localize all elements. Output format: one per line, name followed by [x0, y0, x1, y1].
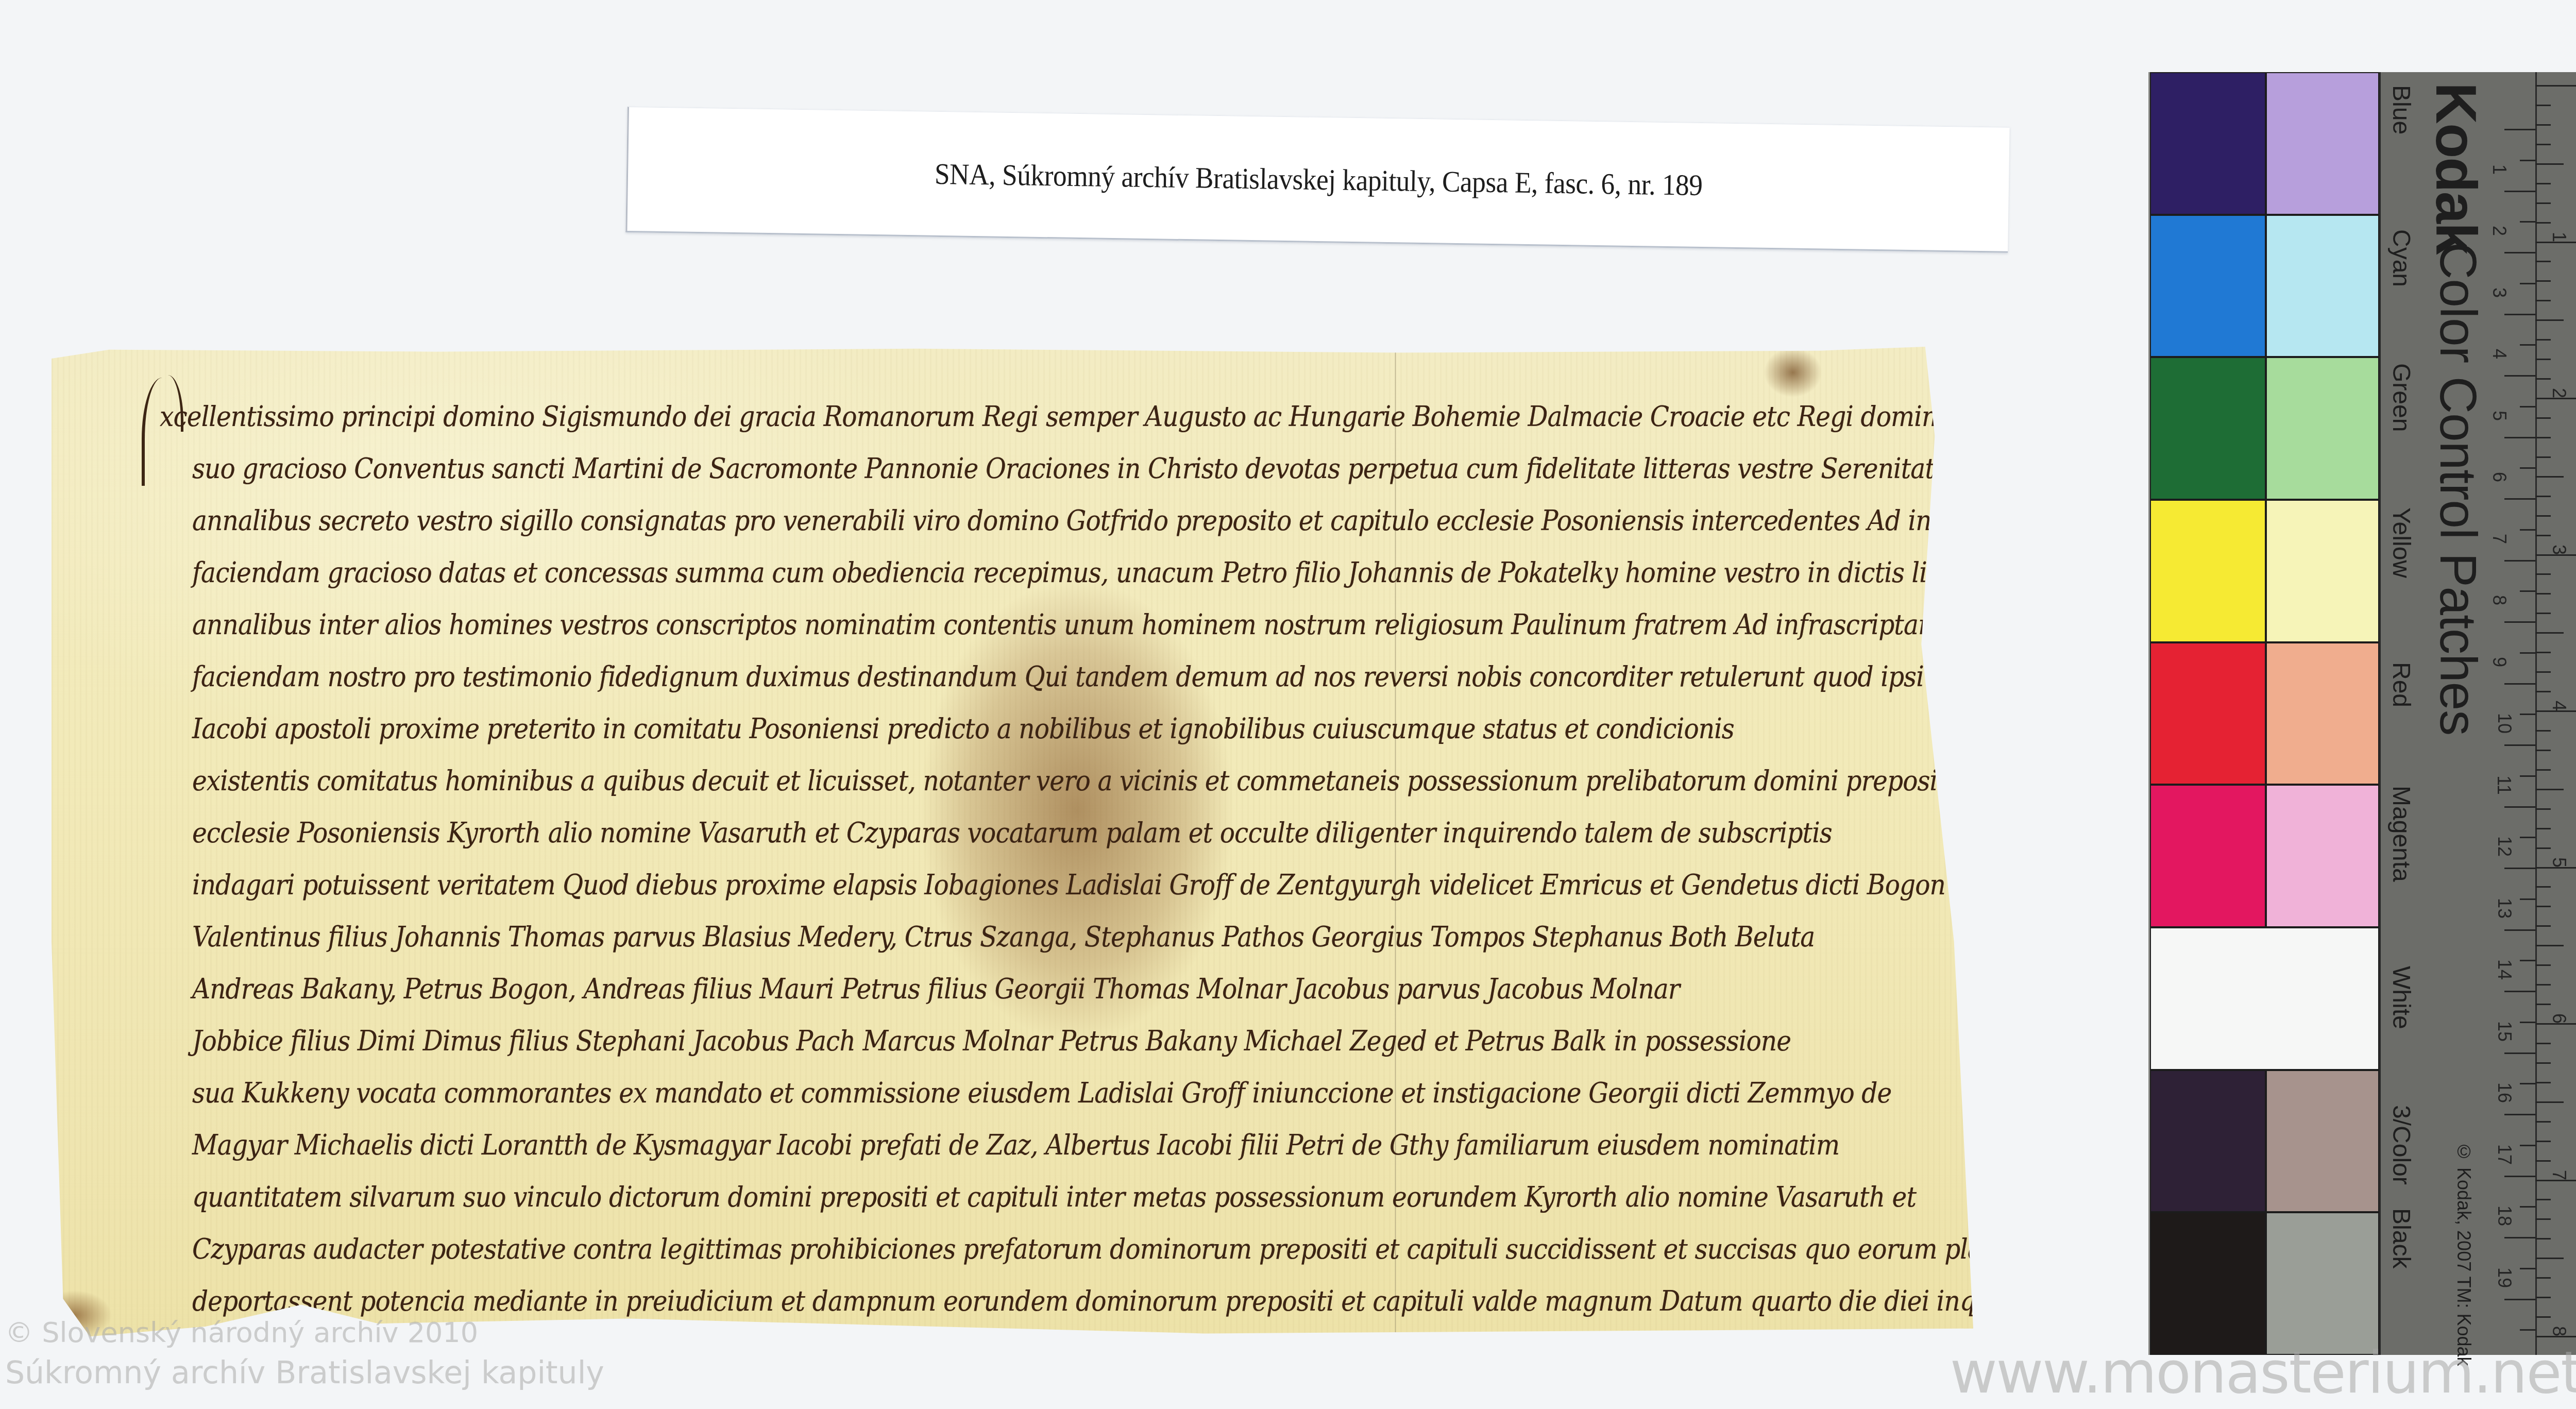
- patch-magenta-dark: [2150, 785, 2266, 927]
- ruler-tick: [2520, 160, 2535, 161]
- ruler-tick: [2535, 632, 2564, 634]
- ruler-inch-label: 7: [2548, 1169, 2570, 1180]
- ruler-tick: [2504, 621, 2535, 623]
- patch-black-light: [2266, 1212, 2379, 1355]
- patch-label-black: Black: [2387, 1208, 2415, 1268]
- ruler-panel: Kodak Color Control Patches Blue Cyan Gr…: [2379, 72, 2576, 1355]
- patch-cyan-light: [2266, 215, 2379, 358]
- ruler-tick: [2504, 1176, 2535, 1177]
- ruler-cm-label: 1: [2488, 164, 2510, 174]
- patch-label-green: Green: [2387, 363, 2415, 432]
- patch-3-color-dark: [2150, 1070, 2266, 1213]
- patch-green-dark: [2150, 357, 2266, 500]
- ruler-tick: [2504, 314, 2535, 315]
- patch-3-color-light: [2266, 1070, 2379, 1213]
- ruler-tick: [2535, 300, 2551, 301]
- patch-blue-dark: [2150, 72, 2266, 215]
- text-line: suo gracioso Conventus sancti Martini de…: [160, 443, 1736, 495]
- ruler-tick: [2504, 498, 2535, 500]
- patch-label-blue: Blue: [2387, 85, 2415, 134]
- ruler-tick: [2520, 1268, 2535, 1269]
- text-line: existentis comitatus hominibus a quibus …: [160, 755, 1736, 807]
- ruler-tick: [2504, 683, 2535, 685]
- ruler-tick: [2535, 124, 2551, 126]
- ruler-tick: [2535, 1101, 2564, 1103]
- ruler-tick: [2520, 1022, 2535, 1023]
- ruler-tick: [2535, 319, 2564, 321]
- patch-label-magenta: Magenta: [2387, 786, 2415, 882]
- shelfmark-text: SNA, Súkromný archív Bratislavskej kapit…: [934, 156, 1703, 202]
- kodak-logo: Kodak: [2423, 82, 2489, 253]
- ruler-tick: [2535, 925, 2551, 927]
- ruler-tick: [2520, 1206, 2535, 1208]
- ruler-inch-label: 2: [2548, 388, 2570, 398]
- patch-yellow-dark: [2150, 500, 2266, 642]
- ruler-tick: [2504, 744, 2535, 746]
- ruler-tick: [2520, 837, 2535, 838]
- text-line: annalibus inter alios homines vestros co…: [160, 599, 1736, 651]
- ruler-tick: [2504, 252, 2535, 253]
- ruler-tick: [2535, 828, 2551, 829]
- watermark-collection: Súkromný archív Bratislavskej kapituly: [5, 1355, 604, 1391]
- ruler-tick: [2535, 652, 2551, 653]
- ruler-tick: [2520, 467, 2535, 469]
- ruler-inch-label: 4: [2548, 701, 2570, 711]
- ruler-tick: [2520, 898, 2535, 900]
- ruler-tick: [2535, 964, 2551, 966]
- ruler-tick: [2504, 1114, 2535, 1115]
- ruler-cm-label: 9: [2488, 656, 2510, 667]
- ruler-cm-label: 2: [2488, 226, 2510, 236]
- watermark-site: www.monasterium.net: [1950, 1339, 2576, 1406]
- ruler-cm-label: 4: [2488, 349, 2510, 359]
- text-line: faciendam nostro pro testimonio fidedign…: [160, 651, 1736, 703]
- ruler-tick: [2520, 714, 2535, 715]
- ruler-cm-label: 7: [2488, 533, 2510, 544]
- ruler-tick: [2535, 808, 2551, 810]
- ruler-tick: [2535, 730, 2551, 732]
- ruler-tick: [2520, 590, 2535, 592]
- ruler-tick: [2520, 406, 2535, 408]
- ruler-inch-label: 8: [2548, 1326, 2570, 1336]
- ruler-inch-label: 3: [2548, 544, 2570, 554]
- ruler-tick: [2504, 806, 2535, 808]
- kodak-copyright: © Kodak, 2007 TM: Kodak: [2453, 1141, 2475, 1366]
- ruler-tick: [2535, 1297, 2551, 1298]
- text-line: faciendam gracioso datas et concessas su…: [160, 547, 1736, 599]
- text-line: Valentinus filius Johannis Thomas parvus…: [160, 911, 1736, 963]
- ruler-cm-label: 11: [2493, 775, 2515, 794]
- text-line: Iacobi apostoli proxime preterito in com…: [160, 703, 1736, 755]
- ruler-tick: [2535, 144, 2551, 145]
- ruler-tick: [2535, 1082, 2551, 1083]
- ruler-inch-label: 6: [2548, 1013, 2570, 1024]
- ruler-tick: [2535, 886, 2551, 888]
- patch-blue-light: [2266, 72, 2379, 215]
- ruler-tick: [2535, 280, 2551, 282]
- ruler-cm-scale: 12345678910111213141516171819: [2499, 72, 2537, 1355]
- ruler-tick: [2504, 991, 2535, 992]
- patch-label-3color: 3/Color: [2387, 1105, 2415, 1185]
- text-line: Magyar Michaelis dicti Lorantth de Kysma…: [160, 1119, 1736, 1171]
- ruler-tick: [2535, 593, 2551, 595]
- chart-title: Color Control Patches: [2428, 242, 2487, 735]
- ruler-cm-label: 3: [2488, 287, 2510, 297]
- ruler-tick: [2520, 529, 2535, 531]
- ruler-tick: [2520, 344, 2535, 346]
- ruler-tick: [2535, 437, 2551, 438]
- ruler-tick: [2535, 456, 2551, 458]
- ruler-inch-label: 1: [2548, 231, 2570, 242]
- ruler-cm-label: 16: [2494, 1082, 2515, 1103]
- ruler-tick: [2535, 183, 2551, 184]
- archival-label: SNA, Súkromný archív Bratislavskej kapit…: [625, 107, 2009, 253]
- ruler-tick: [2535, 1199, 2551, 1200]
- ruler-tick: [2504, 929, 2535, 931]
- ruler-tick: [2504, 191, 2535, 192]
- ruler-tick: [2520, 652, 2535, 654]
- patch-red-dark: [2150, 642, 2266, 785]
- ruler-cm-label: 18: [2494, 1206, 2515, 1226]
- ruler-tick: [2520, 775, 2535, 777]
- ruler-cm-label: 15: [2494, 1021, 2515, 1041]
- ruler-tick: [2535, 359, 2551, 360]
- ruler-tick: [2535, 769, 2551, 771]
- ruler-tick: [2535, 476, 2564, 478]
- ruler-tick: [2535, 1258, 2564, 1259]
- ruler-tick: [2535, 339, 2551, 341]
- ruler-tick: [2535, 1043, 2551, 1044]
- text-line: sua Kukkeny vocata commorantes ex mandat…: [160, 1067, 1736, 1119]
- ruler-tick: [2535, 671, 2551, 673]
- ruler-tick: [2535, 984, 2551, 986]
- ruler-tick: [2535, 847, 2551, 849]
- ruler-cm-label: 14: [2494, 959, 2515, 980]
- ruler-tick: [2535, 515, 2551, 517]
- ruler-cm-label: 17: [2494, 1144, 2515, 1164]
- ruler-tick: [2504, 560, 2535, 562]
- text-line: ecclesie Posoniensis Kyrorth alio nomine…: [160, 807, 1736, 859]
- color-patches: [2150, 72, 2379, 1355]
- kodak-color-chart: Kodak Color Control Patches Blue Cyan Gr…: [2148, 72, 2576, 1355]
- ruler-tick: [2504, 868, 2535, 869]
- text-line: Jobbice filius Dimi Dimus filius Stephan…: [160, 1015, 1736, 1067]
- ruler-cm-label: 5: [2488, 410, 2510, 420]
- ruler-tick: [2535, 85, 2576, 87]
- ruler-tick: [2504, 1237, 2535, 1238]
- text-line: xcellentissimo principi domino Sigismund…: [160, 391, 1736, 443]
- patch-white: [2150, 927, 2379, 1070]
- patch-label-yellow: Yellow: [2387, 507, 2415, 578]
- patch-yellow-light: [2266, 500, 2379, 642]
- patch-black-dark: [2150, 1212, 2266, 1355]
- ruler-tick: [2520, 1083, 2535, 1084]
- ruler-tick: [2535, 613, 2551, 614]
- ruler-tick: [2535, 535, 2551, 536]
- ruler-tick: [2535, 1141, 2551, 1142]
- watermark-copyright: © Slovenský národný archív 2010: [5, 1316, 478, 1349]
- text-line: quantitatem silvarum suo vinculo dictoru…: [160, 1171, 1736, 1223]
- text-line: annalibus secreto vestro sigillo consign…: [160, 495, 1736, 547]
- ruler-tick: [2535, 261, 2551, 262]
- ruler-tick: [2535, 691, 2551, 692]
- ruler-tick: [2504, 129, 2535, 130]
- ruler-cm-label: 8: [2488, 595, 2510, 605]
- text-line: indagari potuissent veritatem Quod diebu…: [160, 859, 1736, 911]
- ruler-tick: [2520, 221, 2535, 223]
- ruler-tick: [2535, 750, 2551, 751]
- ruler-tick: [2520, 960, 2535, 961]
- ruler-tick: [2520, 283, 2535, 284]
- ruler-tick: [2535, 378, 2551, 380]
- ruler-tick: [2535, 1121, 2551, 1123]
- patch-label-cyan: Cyan: [2387, 229, 2415, 287]
- ruler-tick: [2504, 437, 2535, 438]
- patch-cyan-dark: [2150, 215, 2266, 358]
- ruler-tick: [2535, 202, 2551, 204]
- ruler-tick: [2520, 1145, 2535, 1146]
- ruler-cm-label: 13: [2494, 897, 2515, 918]
- ruler-tick: [2535, 945, 2564, 946]
- text-line: Andreas Bakany, Petrus Bogon, Andreas fi…: [160, 963, 1736, 1015]
- ruler-tick: [2535, 163, 2564, 165]
- ruler-tick: [2535, 496, 2551, 497]
- ruler-tick: [2535, 1160, 2551, 1162]
- ruler-tick: [2535, 1218, 2551, 1220]
- parchment-charter: xcellentissimo principi domino Sigismund…: [52, 347, 1973, 1338]
- patch-label-white: White: [2387, 966, 2415, 1029]
- ruler-tick: [2535, 1316, 2551, 1318]
- ruler-tick: [2535, 906, 2551, 907]
- ruler-tick: [2504, 1299, 2535, 1300]
- ruler-tick: [2535, 1062, 2551, 1064]
- patch-green-light: [2266, 357, 2379, 500]
- ruler-tick: [2535, 222, 2551, 224]
- ruler-cm-label: 10: [2494, 713, 2515, 734]
- ruler-tick: [2535, 1277, 2551, 1279]
- ruler-inch-label: 5: [2548, 857, 2570, 867]
- ruler-tick: [2520, 1329, 2535, 1331]
- ruler-cm-label: 12: [2494, 836, 2515, 857]
- ruler-tick: [2504, 375, 2535, 377]
- ruler-inch-scale: 12345678: [2535, 72, 2576, 1355]
- patch-red-light: [2266, 642, 2379, 785]
- ruler-tick: [2535, 105, 2551, 106]
- patch-magenta-light: [2266, 785, 2379, 927]
- ruler-tick: [2535, 417, 2551, 419]
- ruler-tick: [2504, 1052, 2535, 1054]
- patch-label-red: Red: [2387, 662, 2415, 707]
- text-line: Czyparas audacter potestative contra leg…: [160, 1223, 1736, 1275]
- ruler-tick: [2535, 1004, 2551, 1005]
- ruler-tick: [2535, 1238, 2551, 1240]
- ruler-tick: [2535, 573, 2551, 575]
- ruler-tick: [2535, 789, 2564, 790]
- ruler-cm-label: 19: [2494, 1267, 2515, 1287]
- ruler-cm-label: 6: [2488, 472, 2510, 482]
- charter-text: xcellentissimo principi domino Sigismund…: [160, 391, 1911, 1379]
